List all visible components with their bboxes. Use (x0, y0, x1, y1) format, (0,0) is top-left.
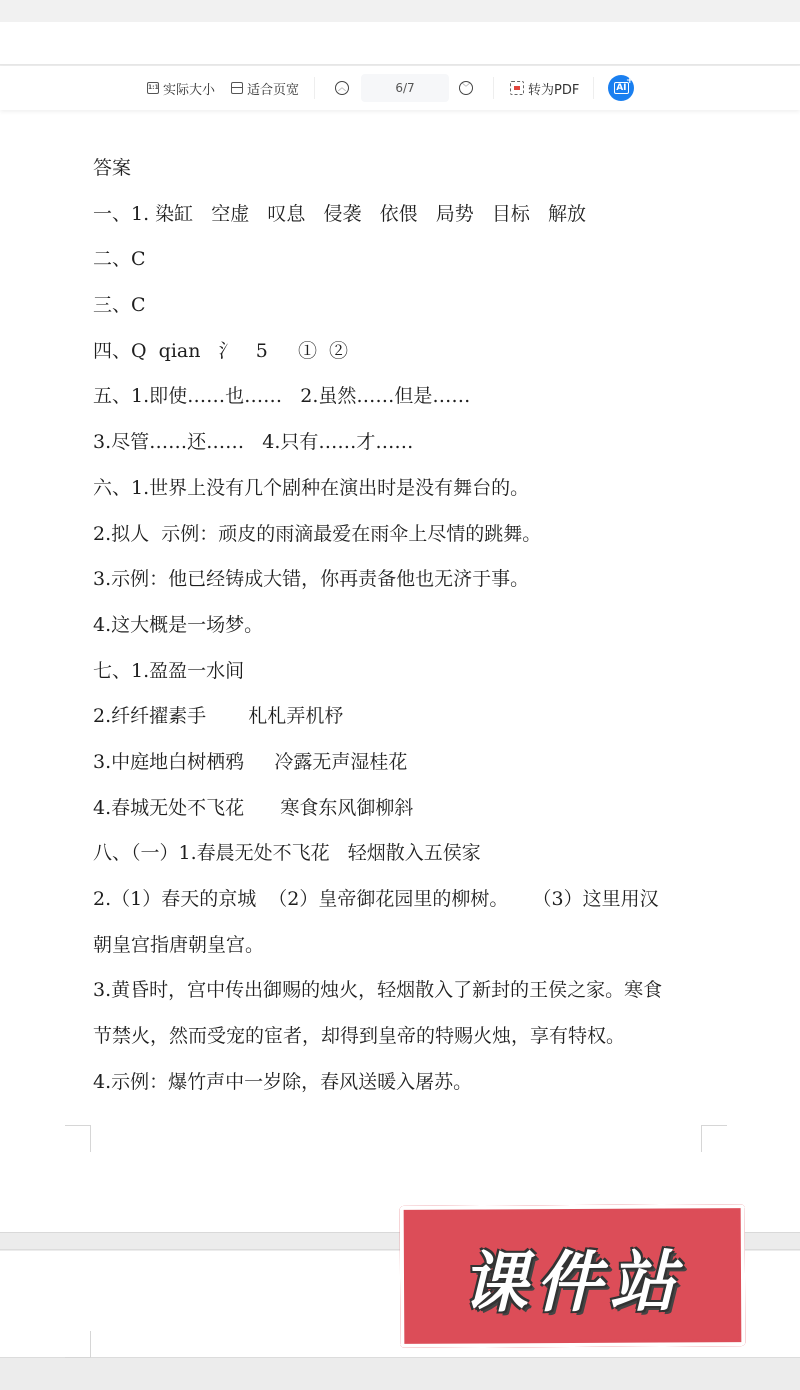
answer-line: 3.黄昏时，宫中传出御赐的烛火，轻烟散入了新封的王侯之家。寒食 (93, 976, 733, 1022)
answer-line: 一、1. 染缸 空虚 叹息 侵袭 依偎 局势 目标 解放 (93, 200, 733, 246)
answer-line: 4.春城无处不飞花 寒食东风御柳斜 (93, 794, 733, 840)
fit-width-label: 适合页宽 (247, 79, 299, 98)
toolbar-divider (314, 77, 315, 99)
answer-line: 3.尽管……还…… 4.只有……才…… (93, 428, 733, 474)
pdf-convert-icon (510, 81, 524, 95)
answer-line: 八、（一）1.春晨无处不飞花 轻烟散入五侯家 (93, 839, 733, 885)
ai-assistant-button[interactable]: AI (608, 75, 634, 101)
margin-corner-mark (65, 1331, 91, 1358)
header-area (0, 22, 800, 65)
answer-line: 2.纤纤擢素手 札札弄机杼 (93, 702, 733, 748)
viewer-toolbar: 实际大小 适合页宽 ︿ 6/7 ﹀ 转为PDF AI (0, 66, 800, 110)
toolbar-divider (593, 77, 594, 99)
answer-line: 3.中庭地白树栖鸦 冷露无声湿桂花 (93, 748, 733, 794)
answer-line: 4.示例：爆竹声中一岁除，春风送暖入屠苏。 (93, 1068, 733, 1114)
answer-line: 二、C (93, 245, 733, 291)
next-page-button[interactable]: ﹀ (459, 74, 473, 102)
chevron-up-circle-icon: ︿ (335, 81, 349, 95)
answer-line: 3.示例：他已经铸成大错，你再责备他也无济于事。 (93, 565, 733, 611)
chevron-down-circle-icon: ﹀ (459, 81, 473, 95)
answer-line: 朝皇宫指唐朝皇宫。 (93, 931, 733, 977)
answer-line: 2.拟人 示例：顽皮的雨滴最爱在雨伞上尽情的跳舞。 (93, 520, 733, 566)
actual-size-label: 实际大小 (163, 79, 215, 98)
answer-line: 六、1.世界上没有几个剧种在演出时是没有舞台的。 (93, 474, 733, 520)
toolbar-divider (493, 77, 494, 99)
prev-page-button[interactable]: ︿ (335, 74, 349, 102)
margin-corner-mark (701, 1125, 727, 1152)
answer-content: 答案 一、1. 染缸 空虚 叹息 侵袭 依偎 局势 目标 解放 二、C 三、C … (93, 154, 733, 1113)
actual-size-icon (147, 82, 159, 94)
answer-line: 4.这大概是一场梦。 (93, 611, 733, 657)
answer-line: 四、Q qian 氵 5 ① ② (93, 337, 733, 383)
watermark-stamp: 课件站 (400, 1204, 746, 1348)
fit-width-icon (231, 82, 243, 94)
answer-title: 答案 (93, 154, 733, 200)
window-top-strip (0, 0, 800, 22)
document-page: 答案 一、1. 染缸 空虚 叹息 侵袭 依偎 局势 目标 解放 二、C 三、C … (0, 110, 800, 1233)
margin-corner-mark (65, 1125, 91, 1152)
convert-pdf-button[interactable]: 转为PDF (510, 74, 579, 102)
answer-line: 七、1.盈盈一水间 (93, 657, 733, 703)
page-number: 6/7 (395, 81, 414, 95)
convert-pdf-label: 转为PDF (528, 79, 579, 98)
page-indicator[interactable]: 6/7 (361, 74, 449, 102)
ai-assistant-icon: AI (614, 82, 628, 94)
watermark-text: 课件站 (461, 1228, 683, 1324)
bottom-bar (0, 1358, 800, 1390)
fit-width-button[interactable]: 适合页宽 (231, 74, 299, 102)
answer-line: 节禁火，然而受宠的宦者，却得到皇帝的特赐火烛，享有特权。 (93, 1022, 733, 1068)
answer-line: 五、1.即使……也…… 2.虽然……但是…… (93, 382, 733, 428)
actual-size-button[interactable]: 实际大小 (147, 74, 215, 102)
answer-line: 三、C (93, 291, 733, 337)
answer-line: 2.（1）春天的京城 （2）皇帝御花园里的柳树。 （3）这里用汉 (93, 885, 733, 931)
